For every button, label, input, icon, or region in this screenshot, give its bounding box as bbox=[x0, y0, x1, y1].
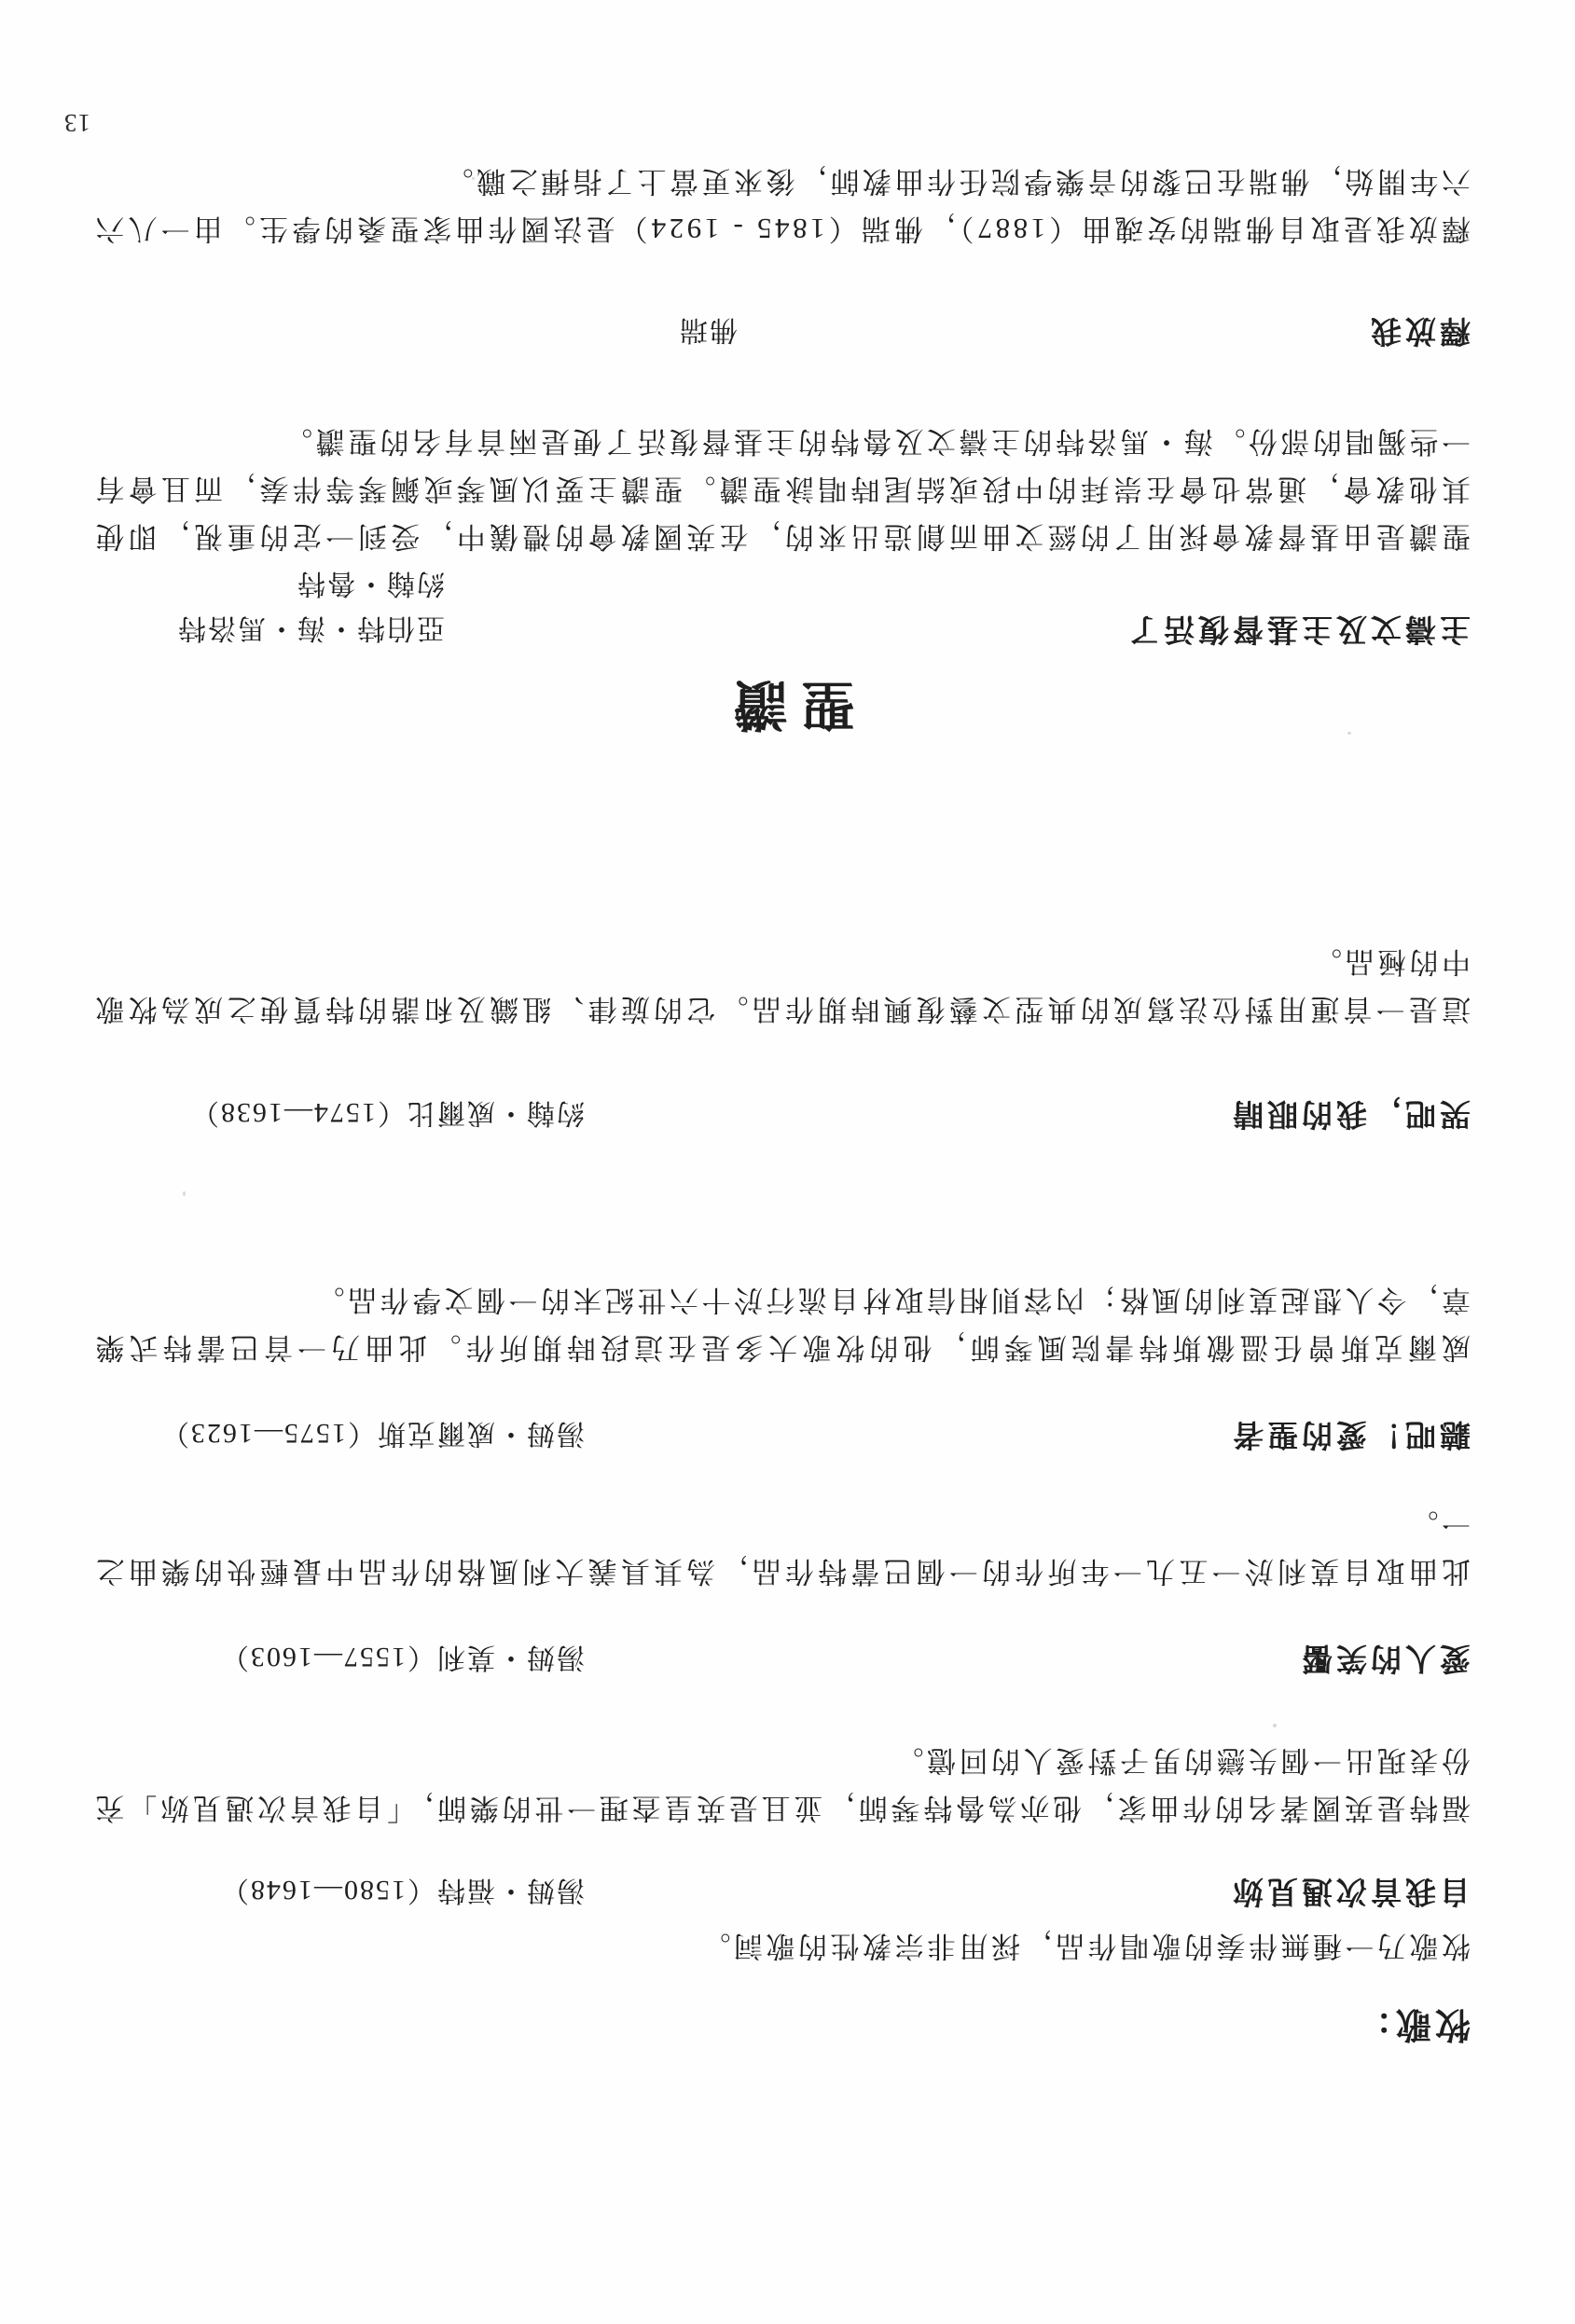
composer-name: 湯姆・莫利（1557—1603） bbox=[219, 1640, 585, 1681]
entry-row: 主禱文及主基督復活了 亞伯特・海・馬洛特 bbox=[0, 607, 1575, 653]
composer: 湯姆・福特 bbox=[435, 1875, 585, 1905]
piece-title: 愛人的笑靨 bbox=[1298, 1639, 1471, 1683]
entry-row: 聽吧！愛的聖者 湯姆・威爾克斯（1575—1623） bbox=[0, 1412, 1575, 1459]
composer-dates: （1575—1623） bbox=[159, 1418, 376, 1449]
piece-description: 聖讚是由基督教會採用了的經文曲而創造出來的，在英國教會的禮儀中，受到一定的重視，… bbox=[92, 418, 1471, 560]
composer-dates: （1574—1638） bbox=[189, 1097, 406, 1128]
madrigal-intro-text: 牧歌乃一種無伴奏的歌唱作品，採用非宗教性的歌詞。 bbox=[92, 1922, 1471, 1970]
piece-title: 釋放我 bbox=[1367, 311, 1471, 355]
piece-title: 哭吧，我的眼睛 bbox=[1229, 1094, 1471, 1138]
piece-description: 威爾克斯曾任溫徹斯特書院風琴師，他的牧歌大多是在這段時期所作。此曲乃一首巴蕾特式… bbox=[92, 1276, 1471, 1371]
scan-speckle bbox=[183, 1191, 186, 1196]
scan-speckle bbox=[1273, 1724, 1277, 1727]
piece-description: 此曲取自莫利於一五九一年所作的一個巴蕾特作品，為其具義大利風格的作品中最輕快的樂… bbox=[92, 1500, 1471, 1595]
piece-title: 自我首次遇見妳 bbox=[1229, 1872, 1471, 1916]
composer-name: 湯姆・威爾克斯（1575—1623） bbox=[159, 1416, 585, 1457]
composer-dates: （1580—1648） bbox=[219, 1875, 435, 1905]
entry-row: 哭吧，我的眼睛 約翰・威爾比（1574—1638） bbox=[0, 1092, 1575, 1138]
entry-row: 自我首次遇見妳 湯姆・福特（1580—1648） bbox=[0, 1869, 1575, 1916]
piece-description: 福特是英國著名的作曲家，他亦為魯特琴師，並且是英皇查理一世的樂師，「自我首次遇見… bbox=[92, 1737, 1471, 1832]
composer: 湯姆・威爾克斯 bbox=[376, 1418, 585, 1449]
composer: 約翰・威爾比 bbox=[406, 1097, 585, 1128]
piece-description: 釋放我是取自佛瑞的安魂曲（1887），佛瑞（1845 - 1924）是法國作曲家… bbox=[92, 158, 1471, 253]
piece-title: 主禱文及主基督復活了 bbox=[1126, 610, 1471, 653]
composer-name: 約翰・威爾比（1574—1638） bbox=[189, 1095, 585, 1136]
composer-name: 亞伯特・海・馬洛特 bbox=[176, 611, 445, 652]
composer-name-secondary: 約翰・魯特 bbox=[296, 566, 445, 607]
section-heading-anthem: 聖讚 bbox=[0, 670, 1575, 749]
composer-name: 湯姆・福特（1580—1648） bbox=[219, 1873, 585, 1914]
composer: 湯姆・莫利 bbox=[435, 1642, 585, 1672]
piece-description: 這是一首運用對位法寫成的典型文藝復興時期作品。它的旋律、組織及和諧的特質使之成為… bbox=[92, 938, 1471, 1033]
scan-speckle bbox=[472, 177, 475, 180]
composer-name: 佛瑞 bbox=[678, 312, 738, 353]
entry-row: 釋放我 佛瑞 bbox=[0, 309, 1575, 355]
page-number: 13 bbox=[63, 108, 90, 137]
section-heading-madrigal: 牧歌： bbox=[1353, 2002, 1471, 2054]
scan-speckle bbox=[1347, 732, 1351, 735]
entry-row: 愛人的笑靨 湯姆・莫利（1557—1603） bbox=[0, 1636, 1575, 1683]
scanned-document: 牧歌： 牧歌乃一種無伴奏的歌唱作品，採用非宗教性的歌詞。 自我首次遇見妳 湯姆・… bbox=[0, 0, 1575, 2324]
composer-dates: （1557—1603） bbox=[219, 1642, 435, 1672]
program-page-upside-down: 牧歌： 牧歌乃一種無伴奏的歌唱作品，採用非宗教性的歌詞。 自我首次遇見妳 湯姆・… bbox=[0, 0, 1575, 2324]
piece-title: 聽吧！愛的聖者 bbox=[1229, 1415, 1471, 1459]
